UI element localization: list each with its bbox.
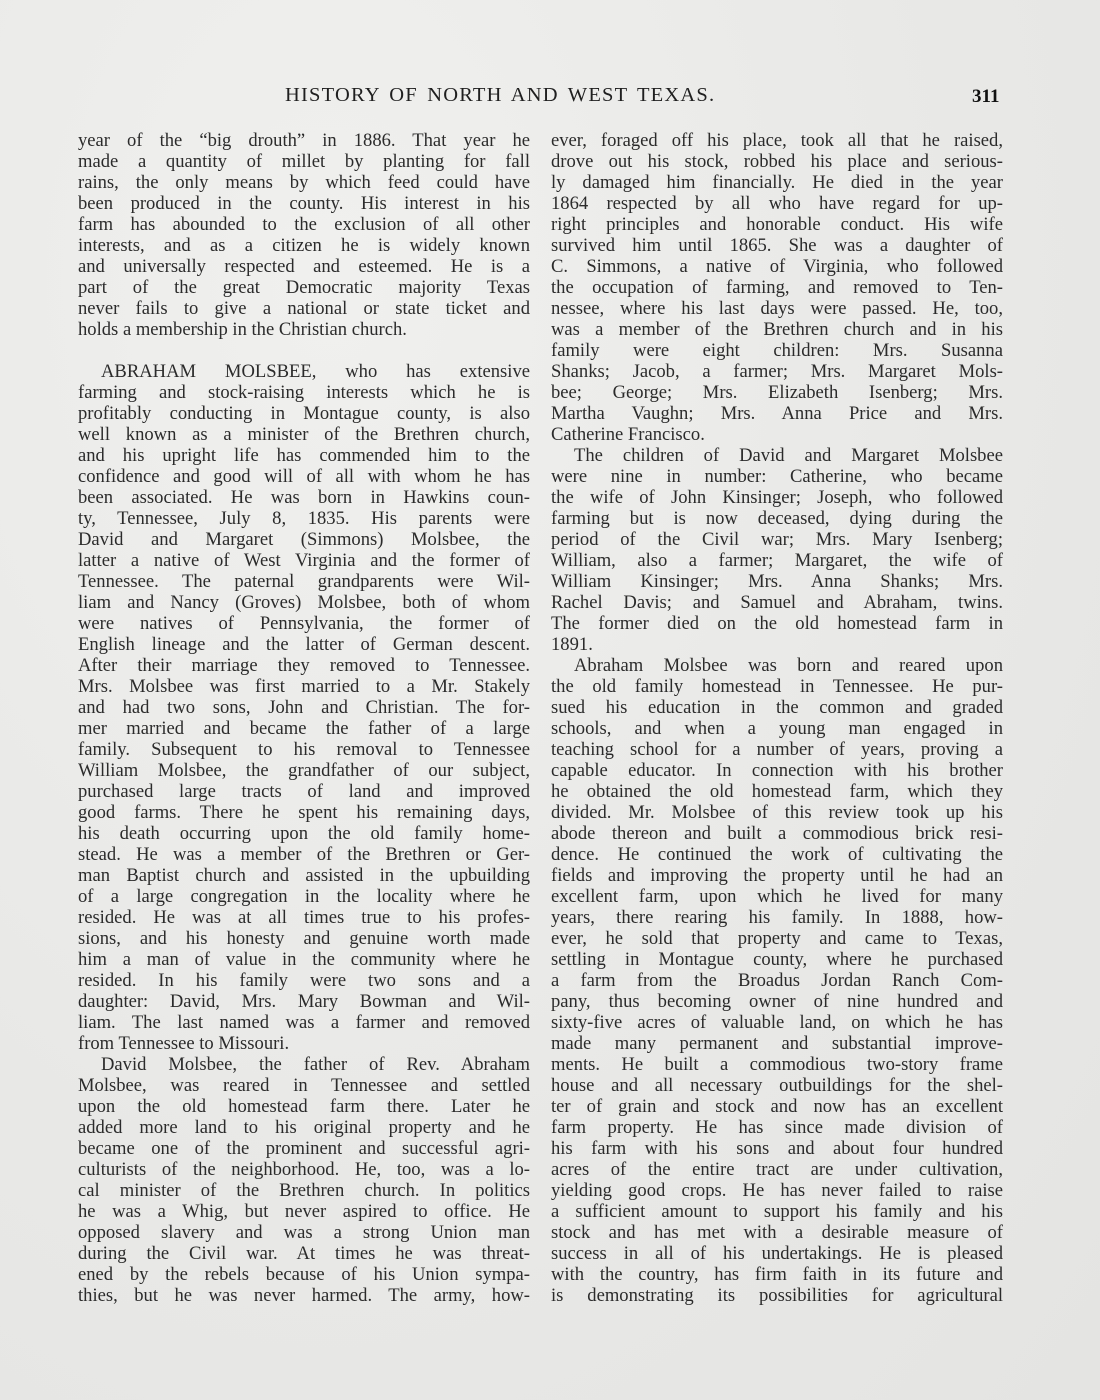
text-line: and his upright life has commended him t… — [78, 445, 530, 466]
text-line: abode thereon and built a commodious bri… — [551, 823, 1003, 844]
text-line: ter of grain and stock and now has an ex… — [551, 1096, 1003, 1117]
text-line: Abraham Molsbee was born and reared upon — [551, 655, 1003, 676]
text-line: his death occurring upon the old family … — [78, 823, 530, 844]
text-line: liam and Nancy (Groves) Molsbee, both of… — [78, 592, 530, 613]
text-line: farm has abounded to the exclusion of al… — [78, 214, 530, 235]
text-line: sued his education in the common and gra… — [551, 697, 1003, 718]
text-line: William Kinsinger; Mrs. Anna Shanks; Mrs… — [551, 571, 1003, 592]
text-line: William Molsbee, the grandfather of our … — [78, 760, 530, 781]
text-line: 1864 respected by all who have regard fo… — [551, 193, 1003, 214]
text-line: is demonstrating its possibilities for a… — [551, 1285, 1003, 1306]
text-line: liam. The last named was a farmer and re… — [78, 1012, 530, 1033]
paragraph-abraham-molsbee-intro: ABRAHAM MOLSBEE, who has extensivefarmin… — [78, 361, 530, 1054]
text-line: farm property. He has since made divisio… — [551, 1117, 1003, 1138]
text-line: divided. Mr. Molsbee of this review took… — [551, 802, 1003, 823]
text-line: sions, and his honesty and genuine worth… — [78, 928, 530, 949]
text-line: confidence and good will of all with who… — [78, 466, 530, 487]
text-line: resided. In his family were two sons and… — [78, 970, 530, 991]
text-line: farming and stock-raising interests whic… — [78, 382, 530, 403]
text-line: he obtained the old homestead farm, whic… — [551, 781, 1003, 802]
text-line: survived him until 1865. She was a daugh… — [551, 235, 1003, 256]
text-line: Mrs. Molsbee was first married to a Mr. … — [78, 676, 530, 697]
text-line: right principles and honorable conduct. … — [551, 214, 1003, 235]
text-line: the occupation of farming, and removed t… — [551, 277, 1003, 298]
text-line: of a large congregation in the locality … — [78, 886, 530, 907]
text-line: a farm from the Broadus Jordan Ranch Com… — [551, 970, 1003, 991]
text-line: stead. He was a member of the Brethren o… — [78, 844, 530, 865]
text-line: latter a native of West Virginia and the… — [78, 550, 530, 571]
text-line: were nine in number: Catherine, who beca… — [551, 466, 1003, 487]
text-line: and universally respected and esteemed. … — [78, 256, 530, 277]
text-line: Catherine Francisco. — [551, 424, 1003, 445]
text-line: acres of the entire tract are under cult… — [551, 1159, 1003, 1180]
text-line: rains, the only means by which feed coul… — [78, 172, 530, 193]
text-line: The former died on the old homestead far… — [551, 613, 1003, 634]
text-line: 1891. — [551, 634, 1003, 655]
text-line: pany, thus becoming owner of nine hundre… — [551, 991, 1003, 1012]
text-line: drove out his stock, robbed his place an… — [551, 151, 1003, 172]
text-line: year of the “big drouth” in 1886. That y… — [78, 130, 530, 151]
text-line: from Tennessee to Missouri. — [78, 1033, 530, 1054]
text-line: during the Civil war. At times he was th… — [78, 1243, 530, 1264]
text-line: purchased large tracts of land and impro… — [78, 781, 530, 802]
book-page: HISTORY OF NORTH AND WEST TEXAS. 311 yea… — [0, 0, 1100, 1400]
text-line: thies, but he was never harmed. The army… — [78, 1285, 530, 1306]
text-line: added more land to his original property… — [78, 1117, 530, 1138]
text-line: Tennessee. The paternal grandparents wer… — [78, 571, 530, 592]
text-line: culturists of the neighborhood. He, too,… — [78, 1159, 530, 1180]
text-line: period of the Civil war; Mrs. Mary Isenb… — [551, 529, 1003, 550]
text-line: good farms. There he spent his remaining… — [78, 802, 530, 823]
text-line: him a man of value in the community wher… — [78, 949, 530, 970]
text-line: house and all necessary outbuildings for… — [551, 1075, 1003, 1096]
text-line: man Baptist church and assisted in the u… — [78, 865, 530, 886]
text-line: The children of David and Margaret Molsb… — [551, 445, 1003, 466]
text-line: David Molsbee, the father of Rev. Abraha… — [78, 1054, 530, 1075]
text-line: Rachel Davis; and Samuel and Abraham, tw… — [551, 592, 1003, 613]
text-line: stock and has met with a desirable measu… — [551, 1222, 1003, 1243]
text-line: became one of the prominent and successf… — [78, 1138, 530, 1159]
page-number: 311 — [972, 86, 999, 108]
text-line: holds a membership in the Christian chur… — [78, 319, 530, 340]
paragraph-abraham-life: Abraham Molsbee was born and reared upon… — [551, 655, 1003, 1306]
text-line: were natives of Pennsylvania, the former… — [78, 613, 530, 634]
text-line: profitably conducting in Montague county… — [78, 403, 530, 424]
text-line: the wife of John Kinsinger; Joseph, who … — [551, 487, 1003, 508]
text-line: years, there rearing his family. In 1888… — [551, 907, 1003, 928]
section-gap — [78, 340, 530, 361]
text-line: part of the great Democratic majority Te… — [78, 277, 530, 298]
text-line: opposed slavery and was a strong Union m… — [78, 1222, 530, 1243]
text-line: farming but is now deceased, dying durin… — [551, 508, 1003, 529]
text-line: well known as a minister of the Brethren… — [78, 424, 530, 445]
text-line: been produced in the county. His interes… — [78, 193, 530, 214]
text-line: excellent farm, upon which he lived for … — [551, 886, 1003, 907]
text-line: ments. He built a commodious two-story f… — [551, 1054, 1003, 1075]
text-line: made a quantity of millet by planting fo… — [78, 151, 530, 172]
text-line: yielding good crops. He has never failed… — [551, 1180, 1003, 1201]
text-line: cal minister of the Brethren church. In … — [78, 1180, 530, 1201]
text-line: the old family homestead in Tennessee. H… — [551, 676, 1003, 697]
text-line: William, also a farmer; Margaret, the wi… — [551, 550, 1003, 571]
text-line: settling in Montague county, where he pu… — [551, 949, 1003, 970]
text-line: capable educator. In connection with his… — [551, 760, 1003, 781]
paragraph-continued-army: ever, foraged off his place, took all th… — [551, 130, 1003, 445]
text-line: family were eight children: Mrs. Susanna — [551, 340, 1003, 361]
text-line: his farm with his sons and about four hu… — [551, 1138, 1003, 1159]
text-line: teaching school for a number of years, p… — [551, 739, 1003, 760]
text-line: ty, Tennessee, July 8, 1835. His parents… — [78, 508, 530, 529]
left-column: year of the “big drouth” in 1886. That y… — [78, 130, 530, 1306]
text-line: fields and improving the property until … — [551, 865, 1003, 886]
text-line: Martha Vaughn; Mrs. Anna Price and Mrs. — [551, 403, 1003, 424]
text-line: bee; George; Mrs. Elizabeth Isenberg; Mr… — [551, 382, 1003, 403]
text-line: ever, foraged off his place, took all th… — [551, 130, 1003, 151]
text-line: mer married and became the father of a l… — [78, 718, 530, 739]
paragraph-big-drouth: year of the “big drouth” in 1886. That y… — [78, 130, 530, 340]
text-line: ABRAHAM MOLSBEE, who has extensive — [78, 361, 530, 382]
text-line: made many permanent and substantial impr… — [551, 1033, 1003, 1054]
text-line: schools, and when a young man engaged in — [551, 718, 1003, 739]
text-line: ly damaged him financially. He died in t… — [551, 172, 1003, 193]
text-line: resided. He was at all times true to his… — [78, 907, 530, 928]
text-line: a sufficient amount to support his famil… — [551, 1201, 1003, 1222]
text-line: nessee, where his last days were passed.… — [551, 298, 1003, 319]
text-line: been associated. He was born in Hawkins … — [78, 487, 530, 508]
text-line: sixty-five acres of valuable land, on wh… — [551, 1012, 1003, 1033]
text-line: with the country, has firm faith in its … — [551, 1264, 1003, 1285]
text-line: upon the old homestead farm there. Later… — [78, 1096, 530, 1117]
text-line: Molsbee, was reared in Tennessee and set… — [78, 1075, 530, 1096]
text-line: English lineage and the latter of German… — [78, 634, 530, 655]
text-line: success in all of his undertakings. He i… — [551, 1243, 1003, 1264]
text-line: David and Margaret (Simmons) Molsbee, th… — [78, 529, 530, 550]
text-line: ever, he sold that property and came to … — [551, 928, 1003, 949]
text-line: C. Simmons, a native of Virginia, who fo… — [551, 256, 1003, 277]
text-line: Shanks; Jacob, a farmer; Mrs. Margaret M… — [551, 361, 1003, 382]
text-line: ened by the rebels because of his Union … — [78, 1264, 530, 1285]
text-line: and had two sons, John and Christian. Th… — [78, 697, 530, 718]
text-line: never fails to give a national or state … — [78, 298, 530, 319]
text-line: family. Subsequent to his removal to Ten… — [78, 739, 530, 760]
running-title: HISTORY OF NORTH AND WEST TEXAS. — [285, 84, 715, 107]
text-line: he was a Whig, but never aspired to offi… — [78, 1201, 530, 1222]
text-line: dence. He continued the work of cultivat… — [551, 844, 1003, 865]
paragraph-children-of-david: The children of David and Margaret Molsb… — [551, 445, 1003, 655]
paragraph-david-molsbee: David Molsbee, the father of Rev. Abraha… — [78, 1054, 530, 1306]
text-line: After their marriage they removed to Ten… — [78, 655, 530, 676]
right-column: ever, foraged off his place, took all th… — [551, 130, 1003, 1306]
text-line: interests, and as a citizen he is widely… — [78, 235, 530, 256]
text-line: was a member of the Brethren church and … — [551, 319, 1003, 340]
text-line: daughter: David, Mrs. Mary Bowman and Wi… — [78, 991, 530, 1012]
